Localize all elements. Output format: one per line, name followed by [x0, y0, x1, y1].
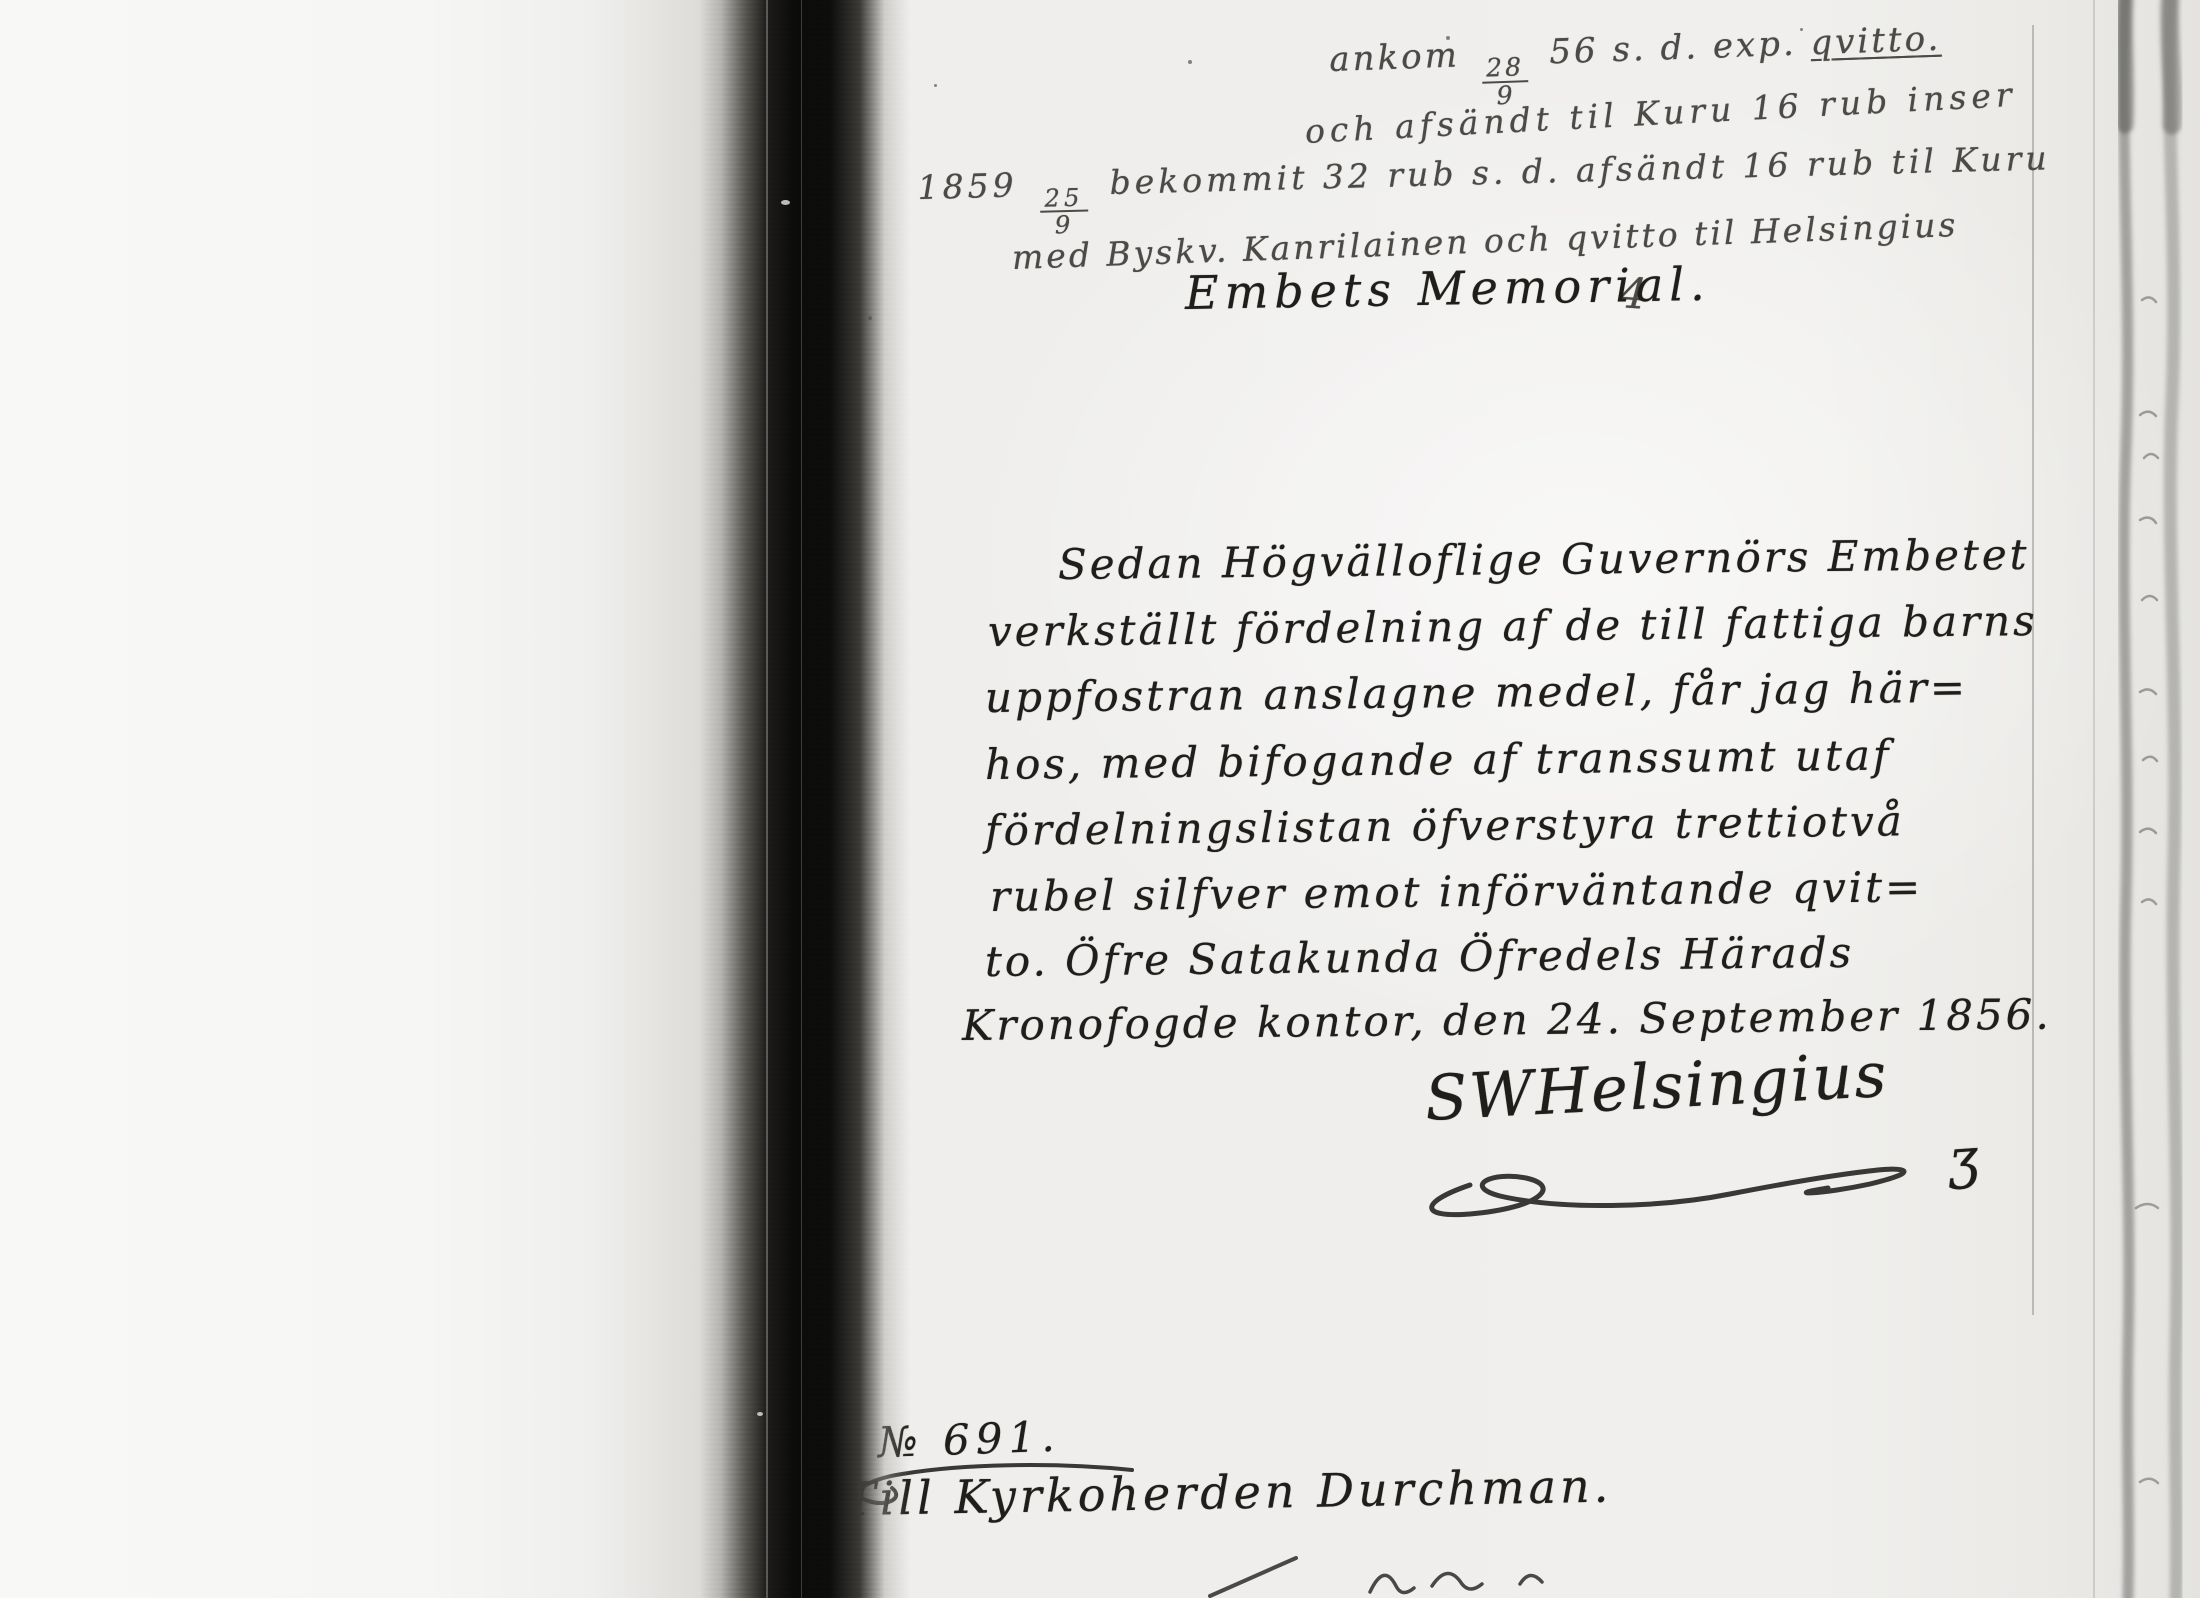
cutoff-handwriting [1200, 1540, 1620, 1598]
film-scratch-line [766, 0, 768, 1598]
right-page-edges [2090, 0, 2200, 1598]
left-page-margin [0, 0, 760, 1598]
body-line: hos, med bifogande af transsumt utaf [985, 731, 1892, 789]
body-line: fördelningslistan öfverstyra trettiotvå [985, 796, 1905, 855]
page-edge-streak [2169, 0, 2177, 1598]
bleedthrough-fragment [2136, 297, 2158, 1483]
annotation-year: 1859 [917, 165, 1018, 207]
film-scratch-line [801, 0, 802, 1598]
scanned-document: ankom 28 9 56 s. d. exp. qvitto. och afs… [0, 0, 2200, 1598]
date-fraction: 25 9 [1040, 186, 1088, 238]
annotation-receipt-word: qvitto. [1810, 19, 1942, 64]
body-line: rubel silfver emot införväntande qvit= [990, 862, 1924, 921]
signature-paraph: ʒ [1946, 1126, 1981, 1191]
annotation-arrival-pre: ankom [1329, 35, 1461, 80]
dust-speck [757, 1412, 763, 1416]
annotation-arrival-mid: 56 s. d. exp. [1549, 24, 1798, 73]
body-line: uppfostran anslagne medel, får jag här= [985, 663, 1969, 722]
dust-speck [781, 200, 790, 205]
signature-flourish [1400, 1130, 1960, 1240]
document-title: Embets Memorial. [1185, 257, 1712, 320]
page-edge-streak [2124, 0, 2129, 1598]
ink-speck [934, 84, 937, 87]
ink-speck [1188, 60, 1192, 64]
body-line: Sedan Högvälloflige Guvernörs Embetet [1058, 530, 2030, 589]
body-line: to. Öfre Satakunda Öfredels Härads [985, 928, 1855, 986]
page-edge-line [2032, 25, 2034, 1315]
gutter-film-grain [700, 0, 910, 1598]
